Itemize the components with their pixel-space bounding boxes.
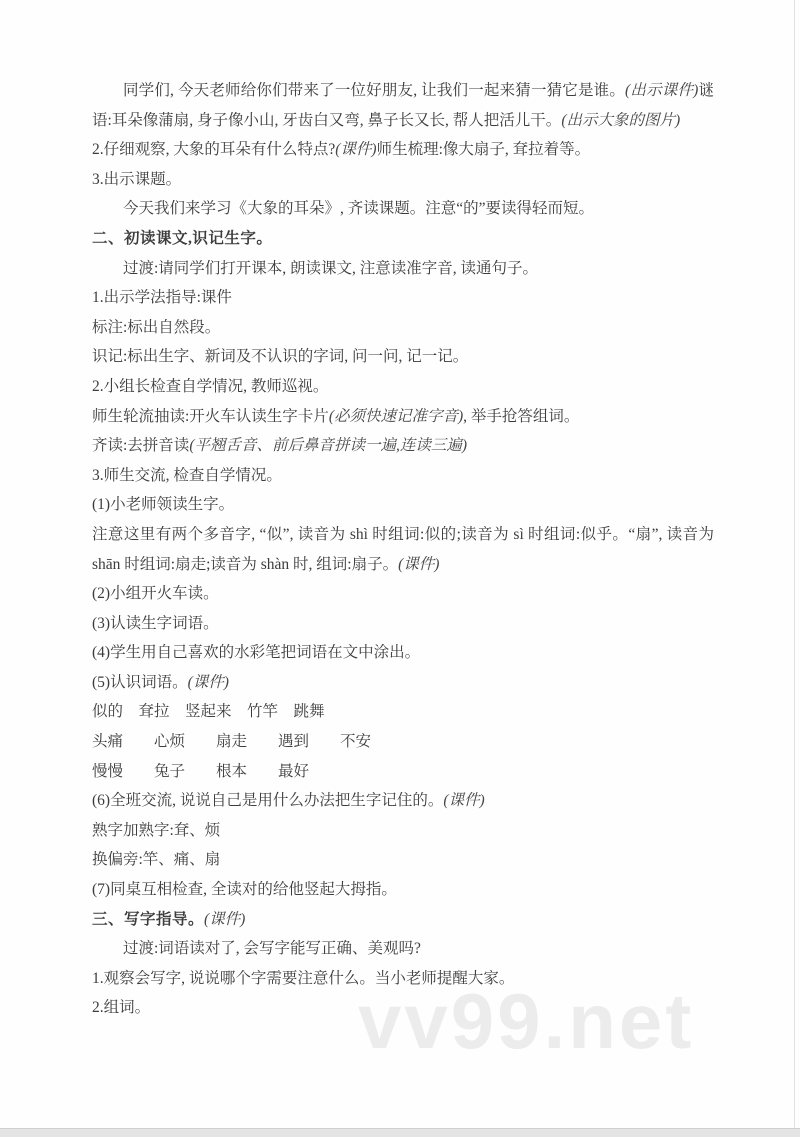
text-run: 过渡:请同学们打开课本, 朗读课文, 注意读准字音, 读通句子。 bbox=[123, 260, 538, 277]
paragraph: 同学们, 今天老师给你们带来了一位好朋友, 让我们一起来猜一猜它是谁。(出示课件… bbox=[92, 76, 714, 135]
text-run: 头痛 心烦 扇走 遇到 不安 bbox=[92, 733, 371, 750]
paragraph: 慢慢 兔子 根本 最好 bbox=[92, 757, 714, 787]
annotation-run: (课件) bbox=[443, 792, 484, 809]
annotation-run: (课件) bbox=[188, 674, 229, 691]
text-run: , 举手抢答组词。 bbox=[463, 408, 579, 425]
text-run: (6)全班交流, 说说自己是用什么办法把生字记住的。 bbox=[92, 792, 443, 809]
text-run: 2.组词。 bbox=[92, 999, 150, 1016]
document-page: vv99.net 同学们, 今天老师给你们带来了一位好朋友, 让我们一起来猜一猜… bbox=[0, 0, 800, 1137]
text-run: 标注:标出自然段。 bbox=[92, 319, 220, 336]
text-run: (7)同桌互相检查, 全读对的给他竖起大拇指。 bbox=[92, 881, 397, 898]
section-heading: 二、初读课文,识记生字。 bbox=[92, 224, 714, 254]
text-run: (1)小老师领读生字。 bbox=[92, 496, 234, 513]
text-run: 熟字加熟字:耷、烦 bbox=[92, 822, 220, 839]
paragraph: 识记:标出生字、新词及不认识的字词, 问一问, 记一记。 bbox=[92, 342, 714, 372]
paragraph: (2)小组开火车读。 bbox=[92, 579, 714, 609]
text-run: 2.仔细观察, 大象的耳朵有什么特点? bbox=[92, 141, 335, 158]
text-run: 1.出示学法指导:课件 bbox=[92, 289, 232, 306]
paragraph: 1.观察会写字, 说说哪个字需要注意什么。当小老师提醒大家。 bbox=[92, 964, 714, 994]
paragraph: 2.仔细观察, 大象的耳朵有什么特点?(课件)师生梳理:像大扇子, 耷拉着等。 bbox=[92, 135, 714, 165]
paragraph: 熟字加熟字:耷、烦 bbox=[92, 816, 714, 846]
paragraph: 标注:标出自然段。 bbox=[92, 313, 714, 343]
annotation-run: (出示大象的图片) bbox=[561, 112, 680, 129]
annotation-run: (课件) bbox=[204, 911, 245, 928]
paragraph: (5)认识词语。(课件) bbox=[92, 668, 714, 698]
text-run: (3)认读生字词语。 bbox=[92, 615, 219, 632]
text-run: 二、初读课文,识记生字。 bbox=[92, 230, 272, 247]
text-run: 1.观察会写字, 说说哪个字需要注意什么。当小老师提醒大家。 bbox=[92, 970, 514, 987]
text-run: 识记:标出生字、新词及不认识的字词, 问一问, 记一记。 bbox=[92, 348, 468, 365]
page-right-edge-line bbox=[794, 0, 795, 1129]
text-run: 3.师生交流, 检查自学情况。 bbox=[92, 467, 282, 484]
paragraph: (6)全班交流, 说说自己是用什么办法把生字记住的。(课件) bbox=[92, 786, 714, 816]
text-run: 同学们, 今天老师给你们带来了一位好朋友, 让我们一起来猜一猜它是谁。 bbox=[123, 82, 625, 99]
text-run: 齐读:去拼音读 bbox=[92, 437, 189, 454]
text-run: (4)学生用自己喜欢的水彩笔把词语在文中涂出。 bbox=[92, 644, 420, 661]
paragraph: 师生轮流抽读:开火车认读生字卡片(必须快速记准字音), 举手抢答组词。 bbox=[92, 402, 714, 432]
paragraph: 齐读:去拼音读(平翘舌音、前后鼻音拼读一遍,连读三遍) bbox=[92, 431, 714, 461]
text-run: 2.小组长检查自学情况, 教师巡视。 bbox=[92, 378, 328, 395]
paragraph: 似的 耷拉 竖起来 竹竿 跳舞 bbox=[92, 697, 714, 727]
text-run: 三、写字指导。 bbox=[92, 911, 204, 928]
annotation-run: (课件) bbox=[398, 556, 439, 573]
text-run: (2)小组开火车读。 bbox=[92, 585, 219, 602]
paragraph: 注意这里有两个多音字, “似”, 读音为 shì 时组词:似的;读音为 sì 时… bbox=[92, 520, 714, 579]
text-run: 过渡:词语读对了, 会写字能写正确、美观吗? bbox=[123, 940, 421, 957]
bottom-scrollbar-track[interactable] bbox=[0, 1128, 800, 1137]
annotation-run: (课件) bbox=[335, 141, 376, 158]
paragraph: 2.组词。 bbox=[92, 993, 714, 1023]
paragraph: 1.出示学法指导:课件 bbox=[92, 283, 714, 313]
paragraph: 过渡:请同学们打开课本, 朗读课文, 注意读准字音, 读通句子。 bbox=[92, 254, 714, 284]
text-run: 今天我们来学习《大象的耳朵》, 齐读课题。注意“的”要读得轻而短。 bbox=[123, 200, 594, 217]
paragraph: 换偏旁:竿、痛、扇 bbox=[92, 845, 714, 875]
text-run: 似的 耷拉 竖起来 竹竿 跳舞 bbox=[92, 703, 325, 720]
annotation-run: (平翘舌音、前后鼻音拼读一遍,连读三遍) bbox=[189, 437, 467, 454]
paragraph: 2.小组长检查自学情况, 教师巡视。 bbox=[92, 372, 714, 402]
paragraph: 3.师生交流, 检查自学情况。 bbox=[92, 461, 714, 491]
paragraph: 过渡:词语读对了, 会写字能写正确、美观吗? bbox=[92, 934, 714, 964]
paragraph: 今天我们来学习《大象的耳朵》, 齐读课题。注意“的”要读得轻而短。 bbox=[92, 194, 714, 224]
text-run: 换偏旁:竿、痛、扇 bbox=[92, 851, 220, 868]
paragraph: (1)小老师领读生字。 bbox=[92, 490, 714, 520]
paragraph: (7)同桌互相检查, 全读对的给他竖起大拇指。 bbox=[92, 875, 714, 905]
text-run: 师生梳理:像大扇子, 耷拉着等。 bbox=[377, 141, 591, 158]
annotation-run: (必须快速记准字音) bbox=[329, 408, 463, 425]
text-run: 慢慢 兔子 根本 最好 bbox=[92, 763, 309, 780]
screenshot-root: { "page": { "watermark": "vv99.net", "wa… bbox=[0, 0, 800, 1137]
paragraph: (4)学生用自己喜欢的水彩笔把词语在文中涂出。 bbox=[92, 638, 714, 668]
document-content: 同学们, 今天老师给你们带来了一位好朋友, 让我们一起来猜一猜它是谁。(出示课件… bbox=[92, 76, 714, 1023]
text-run: (5)认识词语。 bbox=[92, 674, 188, 691]
text-run: 师生轮流抽读:开火车认读生字卡片 bbox=[92, 408, 329, 425]
paragraph: (3)认读生字词语。 bbox=[92, 609, 714, 639]
paragraph: 3.出示课题。 bbox=[92, 165, 714, 195]
section-heading: 三、写字指导。(课件) bbox=[92, 905, 714, 935]
annotation-run: (出示课件) bbox=[625, 82, 698, 99]
text-run: 3.出示课题。 bbox=[92, 171, 181, 188]
paragraph: 头痛 心烦 扇走 遇到 不安 bbox=[92, 727, 714, 757]
